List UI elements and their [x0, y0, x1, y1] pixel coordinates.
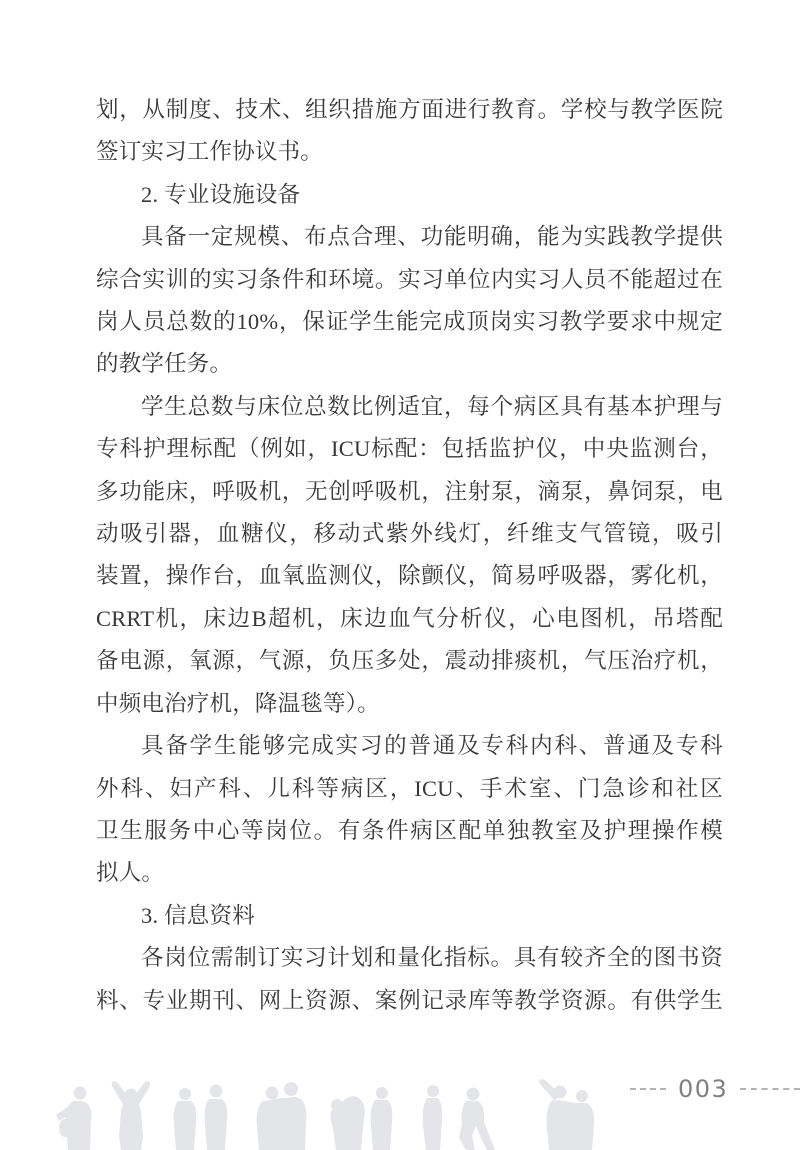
text-line: 的教学任务。 [96, 343, 723, 385]
person-silhouette-icon [205, 1085, 228, 1150]
text-line: 专科护理标配（例如，ICU标配：包括监护仪，中央监测台， [96, 428, 723, 470]
text-line: CRRT机，床边B超机，床边血气分析仪，心电图机，吊塔配 [96, 598, 723, 640]
page-text: 划，从制度、技术、组织措施方面进行教育。学校与教学医院 签订实习工作协议书。 2… [96, 89, 723, 1022]
silhouette-group [56, 1079, 594, 1150]
person-silhouette-icon [423, 1085, 443, 1150]
text-line: 多功能床，呼吸机，无创呼吸机，注射泵，滴泵，鼻饲泵，电 [96, 471, 723, 513]
person-silhouette-icon [371, 1087, 393, 1150]
page-number-row: 003 [630, 1074, 800, 1104]
text-line: 岗人员总数的10%，保证学生能完成顶岗实习教学要求中规定 [96, 301, 723, 343]
text-line: 装置，操作台，血氧监测仪，除颤仪，简易呼吸器，雾化机， [96, 555, 723, 597]
text-line: 外科、妇产科、儿科等病区，ICU、手术室、门急诊和社区 [96, 768, 723, 810]
person-cheering-silhouette-icon [112, 1081, 151, 1150]
page-number: 003 [678, 1077, 728, 1101]
text-line: 卫生服务中心等岗位。有条件病区配单独教室及护理操作模 [96, 810, 723, 852]
person-silhouette-icon [56, 1087, 91, 1150]
text-line: 具备学生能够完成实习的普通及专科内科、普通及专科 [96, 725, 723, 767]
section-heading: 2. 专业设施设备 [96, 174, 723, 216]
dash-line-left-icon [630, 1088, 666, 1090]
text-line: 动吸引器，血糖仪，移动式紫外线灯，纤维支气管镜，吸引 [96, 513, 723, 555]
person-silhouette-icon [174, 1088, 197, 1150]
person-bending-silhouette-icon [331, 1096, 365, 1150]
person-walking-silhouette-icon [459, 1088, 495, 1150]
dash-line-right-icon [740, 1088, 800, 1090]
text-line: 划，从制度、技术、组织措施方面进行教育。学校与教学医院 [96, 89, 723, 131]
text-line: 签订实习工作协议书。 [96, 131, 723, 173]
text-line: 备电源，氧源，气源，负压多处，震动排痰机，气压治疗机， [96, 640, 723, 682]
text-line: 拟人。 [96, 852, 723, 894]
text-line: 中频电治疗机，降温毯等）。 [96, 683, 723, 725]
text-line: 综合实训的实习条件和环境。实习单位内实习人员不能超过在 [96, 259, 723, 301]
text-line: 各岗位需制订实习计划和量化指标。具有较齐全的图书资 [96, 937, 723, 979]
text-line: 料、专业期刊、网上资源、案例记录库等教学资源。有供学生 [96, 980, 723, 1022]
section-heading: 3. 信息资料 [96, 895, 723, 937]
couple-silhouette-icon [257, 1082, 307, 1150]
book-page: 划，从制度、技术、组织措施方面进行教育。学校与教学医院 签订实习工作协议书。 2… [0, 0, 800, 1150]
person-pointing-silhouette-icon [539, 1079, 594, 1150]
text-line: 学生总数与床位总数比例适宜，每个病区具有基本护理与 [96, 386, 723, 428]
text-line: 具备一定规模、布点合理、功能明确，能为实践教学提供 [96, 216, 723, 258]
